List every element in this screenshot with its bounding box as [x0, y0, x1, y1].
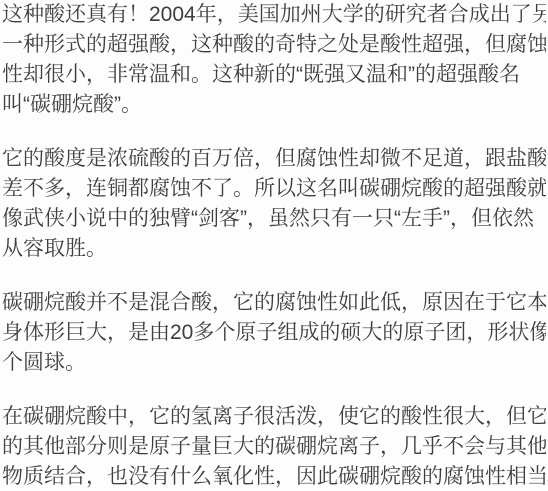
- text-line: 在碳硼烷酸中，它的氢离子很活泼，使它的酸性很大，但它: [2, 402, 546, 432]
- text-line: 从容取胜。: [2, 234, 546, 264]
- paragraph-1: 这种酸还真有！2004年，美国加州大学的研究者合成出了另 一种形式的超强酸，这种…: [2, 0, 546, 120]
- text-line: 像武侠小说中的独臂“剑客”，虽然只有一只“左手”，但依然: [2, 204, 546, 234]
- text-line: 的其他部分则是原子量巨大的碳硼烷离子，几乎不会与其他: [2, 432, 546, 462]
- text-line: 叫“碳硼烷酸”。: [2, 90, 546, 120]
- text-line: 物质结合，也没有什么氧化性，因此碳硼烷酸的腐蚀性相当: [2, 462, 546, 491]
- text-line: 这种酸还真有！2004年，美国加州大学的研究者合成出了另: [2, 0, 546, 30]
- text-line: 差不多，连铜都腐蚀不了。所以这名叫碳硼烷酸的超强酸就: [2, 174, 546, 204]
- text-line: 性却很小，非常温和。这种新的“既强又温和”的超强酸名: [2, 60, 546, 90]
- text-line: 个圆球。: [2, 348, 546, 378]
- article-body: 这种酸还真有！2004年，美国加州大学的研究者合成出了另 一种形式的超强酸，这种…: [0, 0, 548, 491]
- text-line: 碳硼烷酸并不是混合酸，它的腐蚀性如此低，原因在于它本: [2, 288, 546, 318]
- paragraph-3: 碳硼烷酸并不是混合酸，它的腐蚀性如此低，原因在于它本 身体形巨大，是由20多个原…: [2, 288, 546, 378]
- text-line: 它的酸度是浓硫酸的百万倍，但腐蚀性却微不足道，跟盐酸: [2, 144, 546, 174]
- text-line: 身体形巨大，是由20多个原子组成的硕大的原子团，形状像: [2, 318, 546, 348]
- text-line: 一种形式的超强酸，这种酸的奇特之处是酸性超强，但腐蚀: [2, 30, 546, 60]
- paragraph-4: 在碳硼烷酸中，它的氢离子很活泼，使它的酸性很大，但它 的其他部分则是原子量巨大的…: [2, 402, 546, 491]
- paragraph-2: 它的酸度是浓硫酸的百万倍，但腐蚀性却微不足道，跟盐酸 差不多，连铜都腐蚀不了。所…: [2, 144, 546, 264]
